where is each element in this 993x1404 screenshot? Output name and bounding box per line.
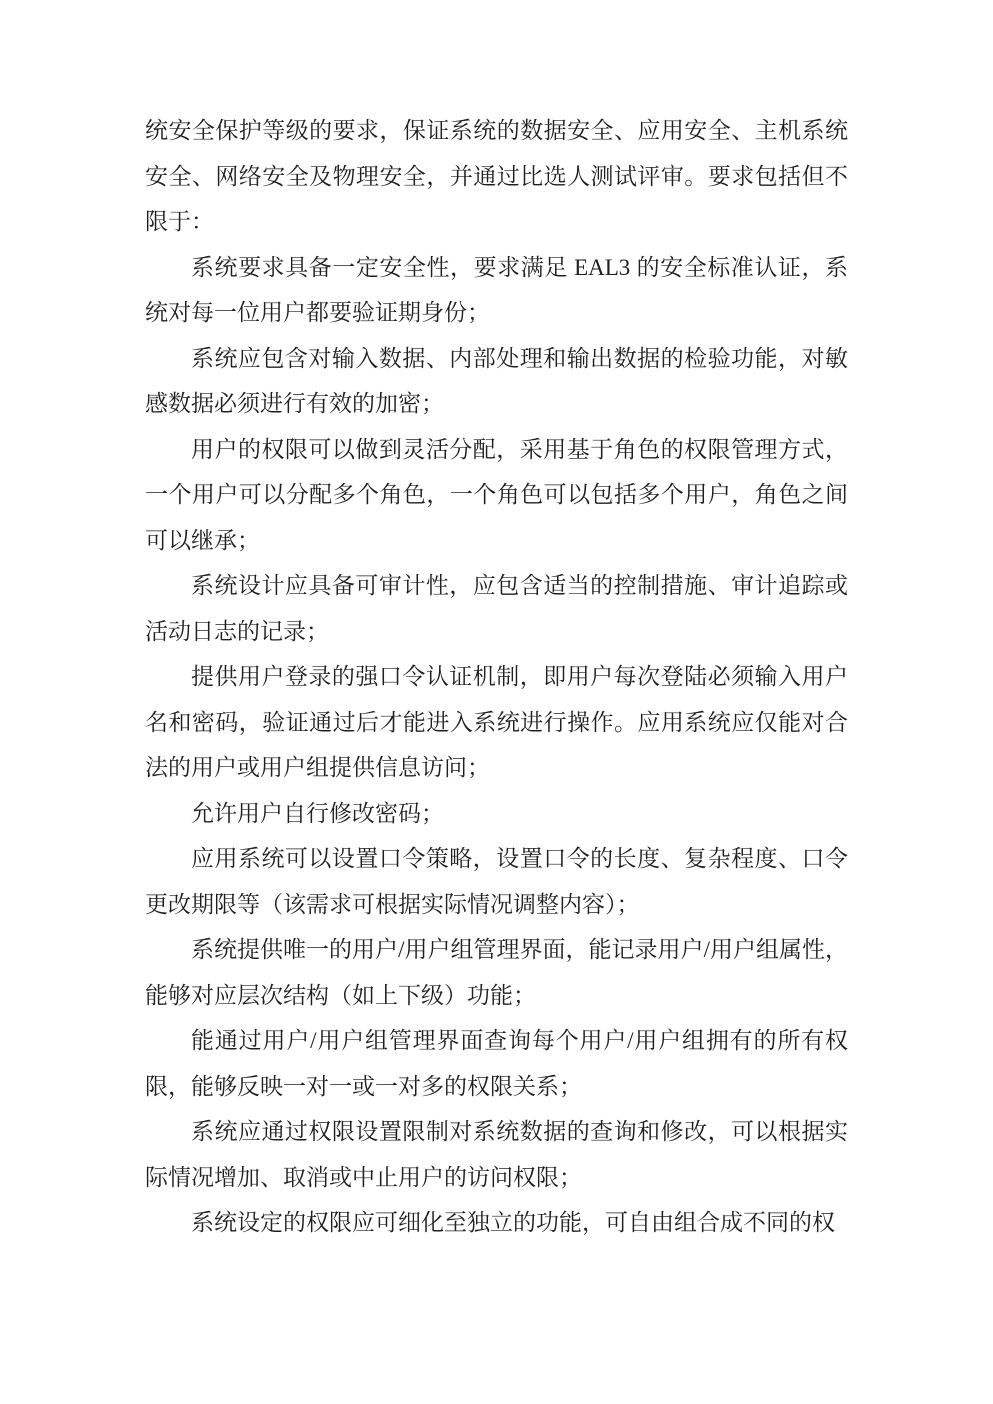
paragraph-truncated: 系统设定的权限应可细化至独立的功能，可自由组合成不同的权	[145, 1200, 848, 1246]
document-page: 统安全保护等级的要求，保证系统的数据安全、应用安全、主机系统安全、网络安全及物理…	[0, 0, 993, 1404]
paragraph: 系统应通过权限设置限制对系统数据的查询和修改，可以根据实际情况增加、取消或中止用…	[145, 1109, 848, 1200]
document-text-block: 统安全保护等级的要求，保证系统的数据安全、应用安全、主机系统安全、网络安全及物理…	[145, 108, 848, 1246]
paragraph: 系统提供唯一的用户/用户组管理界面，能记录用户/用户组属性，能够对应层次结构（如…	[145, 927, 848, 1018]
paragraph: 提供用户登录的强口令认证机制，即用户每次登陆必须输入用户名和密码，验证通过后才能…	[145, 654, 848, 791]
paragraph: 系统应包含对输入数据、内部处理和输出数据的检验功能，对敏感数据必须进行有效的加密…	[145, 336, 848, 427]
paragraph: 应用系统可以设置口令策略，设置口令的长度、复杂程度、口令更改期限等（该需求可根据…	[145, 836, 848, 927]
paragraph: 系统设计应具备可审计性，应包含适当的控制措施、审计追踪或活动日志的记录；	[145, 563, 848, 654]
paragraph: 用户的权限可以做到灵活分配，采用基于角色的权限管理方式，一个用户可以分配多个角色…	[145, 427, 848, 564]
paragraph-continuation: 统安全保护等级的要求，保证系统的数据安全、应用安全、主机系统安全、网络安全及物理…	[145, 108, 848, 245]
paragraph: 系统要求具备一定安全性，要求满足 EAL3 的安全标准认证，系统对每一位用户都要…	[145, 245, 848, 336]
paragraph: 能通过用户/用户组管理界面查询每个用户/用户组拥有的所有权限，能够反映一对一或一…	[145, 1018, 848, 1109]
paragraph: 允许用户自行修改密码；	[145, 791, 848, 837]
